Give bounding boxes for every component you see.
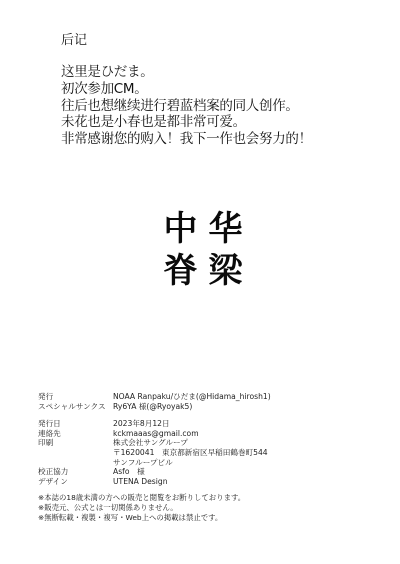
colophon-row-printer: 印刷 株式会社サングループ [38, 438, 271, 448]
afterword-line: 初次参加CM。 [61, 81, 312, 98]
stamp-char: 中 [158, 208, 203, 250]
colophon-value: サンフループビル [113, 458, 173, 468]
calligraphy-stamp: 中 华 脊 梁 [158, 208, 248, 292]
colophon-label: 発行 [38, 392, 113, 402]
afterword-line: 这里是ひだま。 [61, 64, 312, 81]
colophon-label: 校正協力 [38, 467, 113, 477]
colophon-row-building: サンフループビル [38, 458, 271, 468]
afterword-line: 往后也想继续进行碧蓝档案的同人创作。 [61, 98, 312, 115]
colophon-label [38, 448, 113, 458]
colophon-label [38, 458, 113, 468]
afterword-body: 这里是ひだま。 初次参加CM。 往后也想继续进行碧蓝档案的同人创作。 未花也是小… [61, 64, 312, 148]
colophon-row-contact: 連絡先 kckmaaas@gmail.com [38, 429, 271, 439]
colophon-row-date: 発行日 2023年8月12日 [38, 419, 271, 429]
stamp-char: 华 [203, 208, 248, 250]
colophon-value: 〒1620041 東京都新宿区早稲田鶴巻町544 [113, 448, 268, 458]
afterword-line: 非常感谢您的购入！我下一作也会努力的！ [61, 131, 312, 148]
colophon-value: kckmaaas@gmail.com [113, 429, 199, 439]
colophon-label: 発行日 [38, 419, 113, 429]
stamp-char: 梁 [203, 250, 248, 292]
colophon: 発行 NOAA Ranpaku/ひだま(@Hidama_hirosh1) スペシ… [38, 392, 271, 522]
note-line: ※販売元、公式とは一切関係ありません。 [38, 503, 271, 513]
afterword-title: 后记 [61, 33, 87, 49]
note-line: ※無断転載・複製・複写・Web上への掲載は禁止です。 [38, 513, 271, 523]
colophon-value: 2023年8月12日 [113, 419, 170, 429]
note-line: ※本誌の18歳未満の方への販売と閲覧をお断りしております。 [38, 493, 271, 503]
colophon-value: 株式会社サングループ [113, 438, 188, 448]
colophon-notes: ※本誌の18歳未満の方への販売と閲覧をお断りしております。 ※販売元、公式とは一… [38, 493, 271, 522]
colophon-label: 連絡先 [38, 429, 113, 439]
spacer [38, 411, 271, 419]
colophon-row-proofreading: 校正協力 Asfo 様 [38, 467, 271, 477]
colophon-value: Asfo 様 [113, 467, 145, 477]
colophon-value: Ry6YA 様(@Ryoyak5) [113, 402, 192, 412]
afterword-line: 未花也是小春也是都非常可爱。 [61, 114, 312, 131]
colophon-row-design: デザイン UTENA Design [38, 477, 271, 487]
colophon-row-address: 〒1620041 東京都新宿区早稲田鶴巻町544 [38, 448, 271, 458]
stamp-char: 脊 [158, 250, 203, 292]
colophon-label: 印刷 [38, 438, 113, 448]
colophon-value: NOAA Ranpaku/ひだま(@Hidama_hirosh1) [113, 392, 271, 402]
colophon-row-publisher: 発行 NOAA Ranpaku/ひだま(@Hidama_hirosh1) [38, 392, 271, 402]
colophon-value: UTENA Design [113, 477, 168, 487]
colophon-label: スペシャルサンクス [38, 402, 113, 412]
colophon-row-special-thanks: スペシャルサンクス Ry6YA 様(@Ryoyak5) [38, 402, 271, 412]
colophon-label: デザイン [38, 477, 113, 487]
